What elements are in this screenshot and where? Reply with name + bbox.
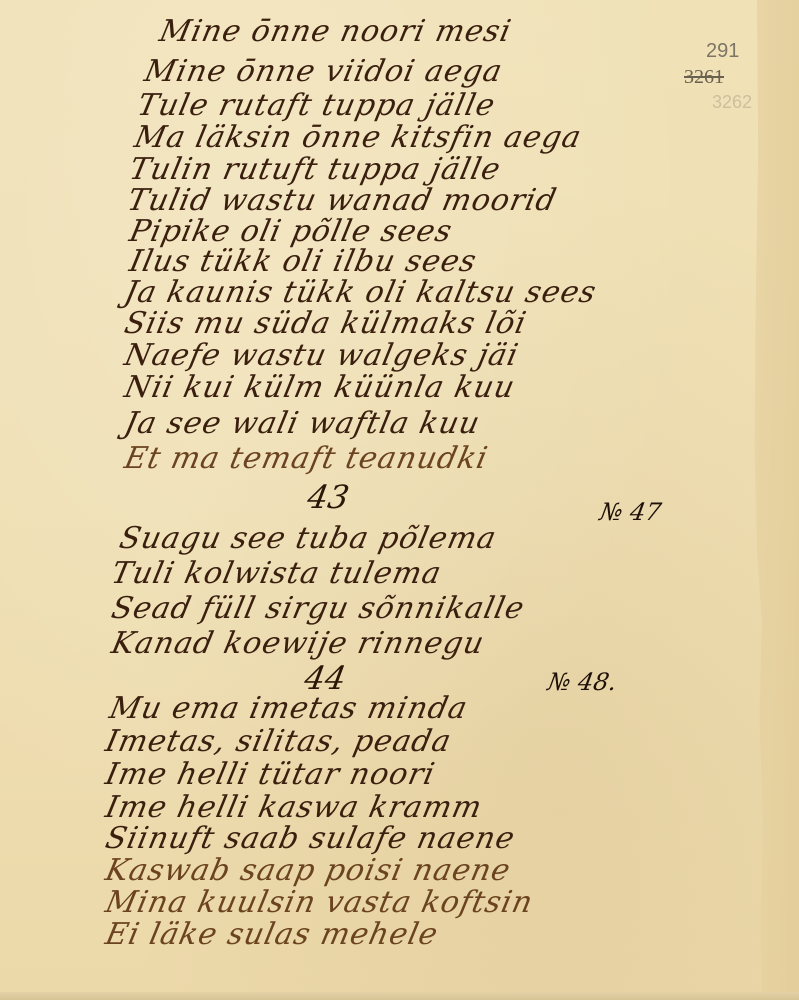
torn-paper-edge (739, 0, 799, 1000)
archive-number-struck: 3261 (684, 66, 724, 89)
song-line: Tule rutaft tuppa jälle (134, 88, 498, 123)
song-nr-label-48: № 48. (546, 668, 619, 696)
song-line: Mu ema imetas minda (106, 691, 471, 726)
song-line: Mine ōnne viidoi aega (141, 54, 506, 89)
song-line: Ja kaunis tükk oli kaltsu sees (121, 275, 599, 310)
song-line: Ja see wali waftla kuu (121, 406, 483, 441)
song-nr-label-47: № 47 (598, 498, 664, 526)
song-line: Kaswab saap poisi naene (102, 853, 514, 888)
song-line: Siinuft saab sulafe naene (102, 821, 518, 856)
song-line: Suagu see tuba põlema (116, 521, 500, 556)
song-line: Nii kui külm küünla kuu (121, 370, 518, 405)
song-line: Siis mu süda külmaks lõi (121, 306, 530, 341)
song-line: Et ma temaft teanudki (121, 441, 491, 476)
song-line: Mine ōnne noori mesi (156, 14, 514, 49)
song-line: Tulid wastu wanad moorid (124, 183, 560, 218)
archive-number-ghost: 3262 (712, 92, 752, 113)
song-line: Ilus tükk oli ilbu sees (126, 244, 480, 279)
song-line: Mina kuulsin vasta koftsin (102, 885, 536, 920)
song-line: Naefe wastu walgeks jäi (121, 338, 522, 373)
song-line: Ei läke sulas mehele (102, 917, 441, 952)
song-line: Ime helli tütar noori (102, 757, 438, 792)
song-line: Ime helli kaswa kramm (102, 790, 485, 825)
song-line: Tulin rutuft tuppa jälle (126, 152, 504, 187)
song-number-43: 43 (305, 478, 352, 516)
song-line: Kanad koewije rinnegu (108, 626, 487, 661)
song-line: Ma läksin ōnne kitsfin aega (131, 120, 585, 155)
song-line: Tuli kolwista tulema (108, 556, 445, 591)
song-line: Imetas, silitas, peada (102, 724, 454, 759)
paper-bottom-edge (0, 992, 799, 1000)
manuscript-page: 291 3261 3262 Mine ōnne noori mesi Mine … (0, 0, 799, 1000)
song-line: Sead füll sirgu sõnnikalle (108, 591, 528, 626)
archive-number-current: 291 (706, 40, 739, 63)
